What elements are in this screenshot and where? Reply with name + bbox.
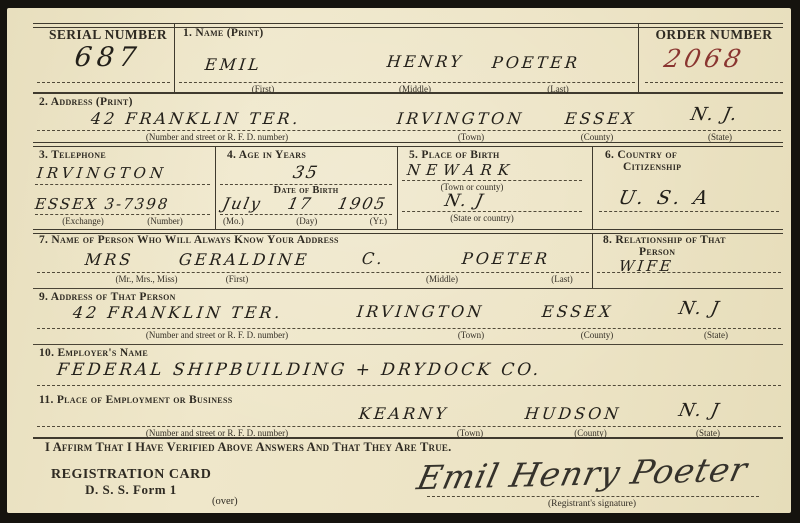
relationship-label-line1: 8. Relationship of That bbox=[603, 234, 726, 246]
employment-dotted-line bbox=[37, 426, 781, 427]
contact-dotted-line bbox=[37, 272, 589, 273]
name-sub-first: (First) bbox=[223, 84, 303, 94]
employment-sub-county: (County) bbox=[543, 428, 638, 438]
citizenship-dotted-line bbox=[599, 211, 779, 212]
serial-dotted-line bbox=[37, 82, 170, 83]
name-sub-middle: (Middle) bbox=[375, 84, 455, 94]
citizenship-label: 6. Country of Citizenship bbox=[605, 149, 681, 173]
order-number-value: 2068 bbox=[644, 44, 765, 73]
name-middle-value: HENRY bbox=[386, 52, 465, 71]
birthplace-sub-state: (State or country) bbox=[407, 213, 557, 223]
relationship-dotted-line bbox=[597, 272, 781, 273]
address-label: 2. Address (Print) bbox=[39, 96, 133, 108]
contact-sub-first: (First) bbox=[192, 274, 282, 284]
birthplace-state-value: N. J bbox=[443, 191, 487, 211]
order-number-label: ORDER NUMBER bbox=[645, 27, 783, 43]
row1-divider-left bbox=[174, 24, 175, 93]
contact-name-label: 7. Name of Person Who Will Always Know Y… bbox=[39, 234, 339, 246]
relationship-label: 8. Relationship of That Person bbox=[603, 234, 726, 258]
name-sub-last: (Last) bbox=[518, 84, 598, 94]
row5-bottom-rule bbox=[33, 344, 783, 345]
address-sub-county: (County) bbox=[547, 132, 647, 142]
citizenship-label-line1: 6. Country of bbox=[605, 149, 677, 161]
contact-address-town-value: IRVINGTON bbox=[356, 302, 485, 321]
citizenship-label-line2: Citizenship bbox=[605, 161, 681, 173]
order-dotted-line bbox=[645, 82, 783, 83]
signature-dotted-line bbox=[427, 496, 759, 497]
dob-sub-year: (Yr.) bbox=[370, 216, 387, 226]
age-label: 4. Age in Years bbox=[227, 149, 306, 161]
employer-value: FEDERAL SHIPBUILDING + DRYDOCK CO. bbox=[56, 360, 543, 380]
serial-number-value: 687 bbox=[41, 42, 174, 73]
dob-sub-day: (Day) bbox=[296, 216, 317, 226]
scanned-draft-card-page: { "colors": {"paper": "#ece4c6", "print_… bbox=[0, 0, 800, 523]
contact-sub-middle: (Middle) bbox=[397, 274, 487, 284]
name-last-value: POETER bbox=[491, 53, 581, 72]
registration-card: SERIAL NUMBER 687 1. Name (Print) EMIL H… bbox=[7, 8, 791, 513]
telephone-dotted-line-2 bbox=[35, 214, 210, 215]
employment-sub-town: (Town) bbox=[425, 428, 515, 438]
name-label: 1. Name (Print) bbox=[183, 27, 264, 39]
serial-number-label: SERIAL NUMBER bbox=[43, 27, 173, 43]
employment-sub-street: (Number and street or R. F. D. number) bbox=[77, 428, 357, 438]
address-state-value: N. J. bbox=[689, 104, 741, 125]
row1-divider-right bbox=[638, 24, 639, 93]
contact-address-state-value: N. J bbox=[677, 298, 723, 319]
employment-place-label: 11. Place of Employment or Business bbox=[39, 394, 232, 406]
address-street-value: 42 FRANKLIN TER. bbox=[90, 109, 302, 128]
telephone-label: 3. Telephone bbox=[39, 149, 106, 161]
over-note: (over) bbox=[212, 496, 238, 507]
employment-county-value: HUDSON bbox=[524, 404, 622, 423]
dob-year-value: 1905 bbox=[336, 194, 389, 213]
row3-divider-2 bbox=[397, 146, 398, 230]
telephone-exchange-town-value: IRVINGTON bbox=[36, 164, 168, 182]
contact-address-sub-county: (County) bbox=[547, 330, 647, 340]
row4-bottom-rule bbox=[33, 288, 783, 289]
telephone-sub-exchange: (Exchange) bbox=[43, 216, 123, 226]
address-town-value: IRVINGTON bbox=[396, 109, 525, 128]
contact-middle-value: C. bbox=[361, 249, 386, 268]
contact-address-sub-town: (Town) bbox=[421, 330, 521, 340]
address-sub-street: (Number and street or R. F. D. number) bbox=[67, 132, 367, 142]
address-dotted-line bbox=[37, 130, 781, 131]
dob-sub-labels: (Mo.) (Day) (Yr.) bbox=[223, 216, 387, 226]
birthplace-dotted-line-1 bbox=[402, 180, 582, 181]
address-county-value: ESSEX bbox=[564, 109, 637, 128]
row3-divider-1 bbox=[215, 146, 216, 230]
contact-address-sub-state: (State) bbox=[671, 330, 761, 340]
contact-address-sub-street: (Number and street or R. F. D. number) bbox=[67, 330, 367, 340]
telephone-dotted-line-1 bbox=[35, 184, 210, 185]
employer-dotted-line bbox=[37, 385, 781, 386]
birthplace-town-value: NEWARK bbox=[406, 161, 516, 179]
name-first-value: EMIL bbox=[204, 55, 263, 74]
contact-address-street-value: 42 FRANKLIN TER. bbox=[72, 303, 284, 322]
contact-title-value: MRS bbox=[84, 250, 134, 269]
dob-sub-month: (Mo.) bbox=[223, 216, 244, 226]
row2-bottom-rule bbox=[33, 142, 783, 147]
telephone-sub-number: (Number) bbox=[125, 216, 205, 226]
form-number: D. S. S. Form 1 bbox=[51, 482, 211, 498]
card-title: REGISTRATION CARD bbox=[51, 467, 211, 483]
dob-day-value: 17 bbox=[286, 194, 314, 213]
employment-town-value: KEARNY bbox=[358, 404, 450, 423]
contact-address-county-value: ESSEX bbox=[541, 302, 614, 321]
contact-first-value: GERALDINE bbox=[178, 250, 311, 269]
address-sub-state: (State) bbox=[675, 132, 765, 142]
contact-address-dotted-line bbox=[37, 328, 781, 329]
name-dotted-line bbox=[179, 82, 635, 83]
employment-sub-state: (State) bbox=[663, 428, 753, 438]
birthplace-label: 5. Place of Birth bbox=[409, 149, 500, 161]
address-sub-town: (Town) bbox=[421, 132, 521, 142]
employer-label: 10. Employer's Name bbox=[39, 347, 148, 359]
contact-address-label: 9. Address of That Person bbox=[39, 291, 176, 303]
contact-last-value: POETER bbox=[461, 249, 551, 268]
date-of-birth-values: July 17 1905 bbox=[219, 194, 391, 213]
contact-sub-last: (Last) bbox=[522, 274, 602, 284]
citizenship-value: U. S. A bbox=[617, 187, 714, 209]
birthplace-dotted-line-2 bbox=[402, 211, 582, 212]
age-value: 35 bbox=[218, 163, 394, 183]
row3-divider-3 bbox=[592, 146, 593, 230]
age-dotted-line-2 bbox=[220, 214, 392, 215]
telephone-number-value: ESSEX 3-7398 bbox=[34, 195, 170, 213]
employment-state-value: N. J bbox=[677, 400, 723, 421]
dob-month-value: July bbox=[221, 194, 264, 213]
registrant-signature: Emil Henry Poeter bbox=[414, 450, 752, 498]
signature-sub-label: (Registrant's signature) bbox=[457, 499, 727, 509]
affirmation-text: I Affirm That I Have Verified Above Answ… bbox=[45, 440, 451, 455]
